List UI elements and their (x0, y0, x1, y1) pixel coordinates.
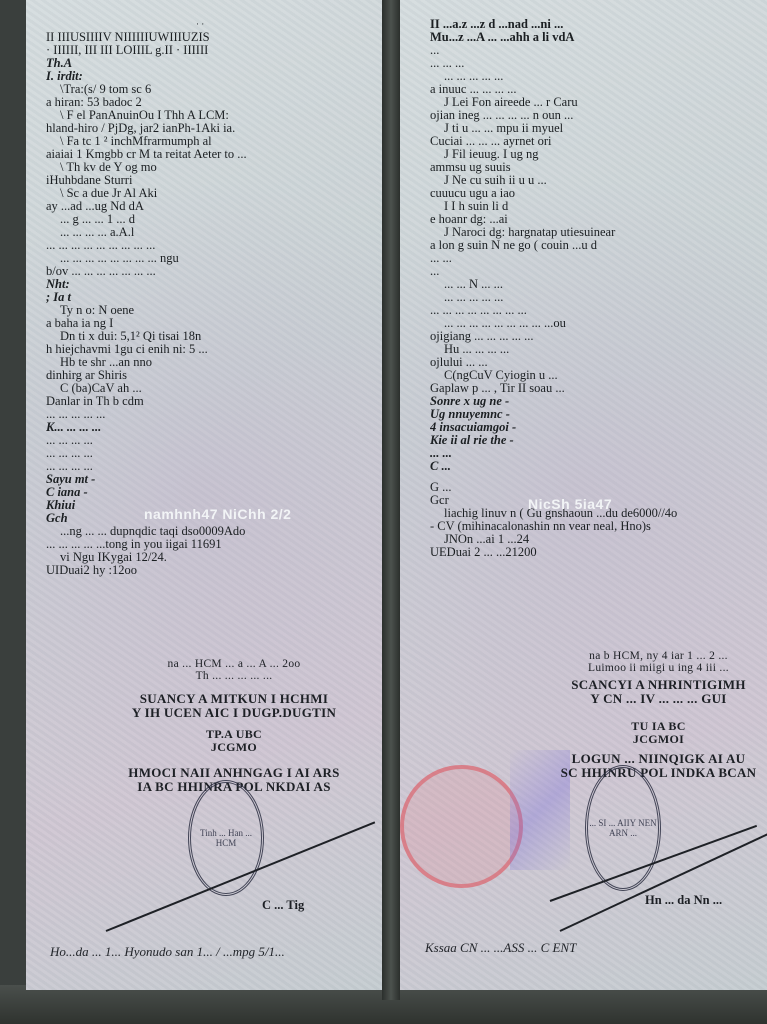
text-line: ay ...ad ...ug Nd dA (46, 200, 372, 213)
text-line: ... ... ... ... (46, 460, 372, 473)
text-line: Kie ii al rie the - (430, 434, 757, 447)
text-line: a hiran: 53 badoc 2 (46, 96, 372, 109)
text-line: ... ... ... ... ... ... ... ... ... (46, 239, 372, 252)
left-page: · · II IIIUSIIIIV NIIIIIIUWIIIUZIS · III… (26, 0, 382, 990)
text-line: Gaplaw p ... , Tir II soau ... (430, 382, 757, 395)
text-line: Ty n o: N oene (46, 304, 372, 317)
red-seal-icon (400, 765, 523, 888)
signature-block: na b HCM, ny 4 iar 1 ... 2 ... Luimoo ii… (550, 650, 767, 780)
text-line: ... ... ... ... ... (46, 408, 372, 421)
handwritten-note: Ho...da ... 1... Hyonudo san 1... / ...m… (50, 944, 285, 960)
text-line: h hiejchavmi 1gu ci enih ni: 5 ... (46, 343, 372, 356)
title-line: JCGMOI (550, 733, 767, 746)
stamp-text: Tinh ... Han ... HCM (191, 828, 261, 848)
text-line: - CV (mihinacalonashin nn vear neal, Hno… (430, 520, 757, 533)
text-line: ... ... ... ... (46, 447, 372, 460)
handwritten-note: Kssaa CN ... ...ASS ... C ENT (425, 940, 576, 956)
text-line: ... ... ... ... ... ... ... ... (430, 304, 757, 317)
header-line: · IIIIII, III III LOIIIL g.II · IIIIII (46, 44, 372, 57)
text-line: ... ... ... ... ... ... ... ... ...ou (430, 317, 757, 330)
text-line: iHuhbdane Sturri (46, 174, 372, 187)
header-line: II ...a.z ...z d ...nad ...ni ... (430, 18, 757, 31)
text-line: Th.A (46, 57, 372, 70)
authority-line: Y CN ... IV ... ... ... GUI (550, 692, 767, 706)
text-line: C (ba)CaV ah ... (46, 382, 372, 395)
page-mark: · · (46, 18, 372, 31)
text-line: ... ... N ... ... (430, 278, 757, 291)
text-line: ojlului ... ... (430, 356, 757, 369)
agency-line: LOGUN ... NIINQIGK AI AU (550, 752, 767, 766)
text-line: aiaiai 1 Kmgbb cr M ta reitat Aeter to .… (46, 148, 372, 161)
text-line: UEDuai 2 ... ...21200 (430, 546, 757, 559)
text-line: J Lei Fon aireede ... r Caru (430, 96, 757, 109)
text-line: UIDuai2 hy :12oo (46, 564, 372, 577)
text-line: ... ... ... ... ...tong in you iigai 116… (46, 538, 372, 551)
date-line: na ... HCM ... a ... A ... 2oo (86, 658, 382, 670)
text-line: 4 insacuiamgoi - (430, 421, 757, 434)
text-line: C iana - (46, 486, 372, 499)
text-line: Hu ... ... ... ... (430, 343, 757, 356)
stamp-text: ... SI ... AIIY NEN ARN ... (588, 818, 658, 838)
agency-line: HMOCI NAII ANHNGAG I AI ARS (86, 766, 382, 780)
text-line: vi Ngu IKygai 12/24. (46, 551, 372, 564)
text-line: ... ... ... ... ... (430, 291, 757, 304)
text-line: G ... (430, 481, 757, 494)
book-spine (382, 0, 400, 1000)
text-line: Cuciai ... ... ... ayrnet ori (430, 135, 757, 148)
left-page-text: · · II IIIUSIIIIV NIIIIIIUWIIIUZIS · III… (46, 18, 372, 577)
text-line: ; Ia t (46, 291, 372, 304)
watermark: namhnh47 NiChh 2/2 (144, 506, 291, 522)
text-line: \ F el PanAnuinOu I Thh A LCM: (46, 109, 372, 122)
left-body-lines: Th.AI. irdit:\Tra:(s/ 9 tom sc 6a hiran:… (46, 57, 372, 577)
authority-line: SCANCYI A NHRINTIGIMH (550, 678, 767, 692)
text-line: I. irdit: (46, 70, 372, 83)
text-line: ... ... ... (430, 57, 757, 70)
text-line: \ Sc a due Jr Al Aki (46, 187, 372, 200)
right-page-text: II ...a.z ...z d ...nad ...ni ... Mu...z… (430, 18, 757, 559)
text-line: ammsu ug suuis (430, 161, 757, 174)
right-body-lines: ...... ... ...... ... ... ... ...a inuuc… (430, 44, 757, 559)
text-line: Sonre x ug ne - (430, 395, 757, 408)
text-line: b/ov ... ... ... ... ... ... ... (46, 265, 372, 278)
text-line: ...ng ... ... dupnqdic taqi dso0009Ado (46, 525, 372, 538)
text-line: Sayu mt - (46, 473, 372, 486)
official-stamp: Tinh ... Han ... HCM (188, 780, 264, 896)
text-line: ojian ineg ... ... ... ... n oun ... (430, 109, 757, 122)
text-line: Nht: (46, 278, 372, 291)
text-line: \ Th kv de Y og mo (46, 161, 372, 174)
text-line: ... ... ... ... ... (430, 70, 757, 83)
right-page: II ...a.z ...z d ...nad ...ni ... Mu...z… (400, 0, 767, 990)
header-line: Mu...z ...A ... ...ahh a li vdA (430, 31, 757, 44)
header-line: II IIIUSIIIIV NIIIIIIUWIIIUZIS (46, 31, 372, 44)
signature-block: na ... HCM ... a ... A ... 2oo Th ... ..… (86, 658, 382, 794)
text-line: Dn ti x dui: 5,1² Qi tisai 18n (46, 330, 372, 343)
text-line: Danlar in Th b cdm (46, 395, 372, 408)
authority-line: SUANCY A MITKUN I HCHMI (86, 692, 382, 706)
text-line: e hoanr dg: ...ai (430, 213, 757, 226)
text-line: J ti u ... ... mpu ii myuel (430, 122, 757, 135)
title-line: JCGMO (86, 741, 382, 754)
text-line: J Ne cu suih ii u u ... (430, 174, 757, 187)
text-line: J Naroci dg: hargnatap utiesuinear (430, 226, 757, 239)
signer-name: C ... Tig (262, 898, 304, 913)
text-line: ... g ... ... 1 ... d (46, 213, 372, 226)
text-line: I I h suin li d (430, 200, 757, 213)
text-line: C(ngCuV Cyiogin u ... (430, 369, 757, 382)
date-line: na b HCM, ny 4 iar 1 ... 2 ... (550, 650, 767, 662)
authority-line: Y IH UCEN AIC I DUGP.DUGTIN (86, 706, 382, 720)
text-line: ... ... (430, 252, 757, 265)
text-line: a lon g suin N ne go ( couin ...u d (430, 239, 757, 252)
date-line: Luimoo ii miigi u ing 4 iii ... (550, 662, 767, 674)
watermark: NicSh 5ia47 (528, 496, 612, 512)
text-line: ... (430, 44, 757, 57)
text-line: ... ... ... ... a.A.l (46, 226, 372, 239)
text-line: ... (430, 265, 757, 278)
date-line: Th ... ... ... ... ... (86, 670, 382, 682)
text-line: \ Fa tc 1 ² inchMfrarmumph al (46, 135, 372, 148)
text-line: cuuucu ugu a iao (430, 187, 757, 200)
agency-line: SC HHINRU POL INDKA BCAN (550, 766, 767, 780)
text-line: dinhirg ar Shiris (46, 369, 372, 382)
text-line: ... ... (430, 447, 757, 460)
text-line: J Fil ieuug. I ug ng (430, 148, 757, 161)
text-line: JNOn ...ai 1 ...24 (430, 533, 757, 546)
text-line: Ug nnuyemnc - (430, 408, 757, 421)
text-line: a inuuc ... ... ... ... (430, 83, 757, 96)
signer-name: Hn ... da Nn ... (645, 893, 722, 908)
text-line: ojigiang ... ... ... ... ... (430, 330, 757, 343)
text-line: hland-hiro / PjDg, jar2 ianPh-1Aki ia. (46, 122, 372, 135)
text-line: a baha ia ng I (46, 317, 372, 330)
text-line: K... ... ... ... (46, 421, 372, 434)
text-line: ... ... ... ... ... ... ... ... ngu (46, 252, 372, 265)
text-line: Hb te shr ...an nno (46, 356, 372, 369)
text-line: \Tra:(s/ 9 tom sc 6 (46, 83, 372, 96)
text-line: ... ... ... ... (46, 434, 372, 447)
text-line: C ... (430, 460, 757, 473)
